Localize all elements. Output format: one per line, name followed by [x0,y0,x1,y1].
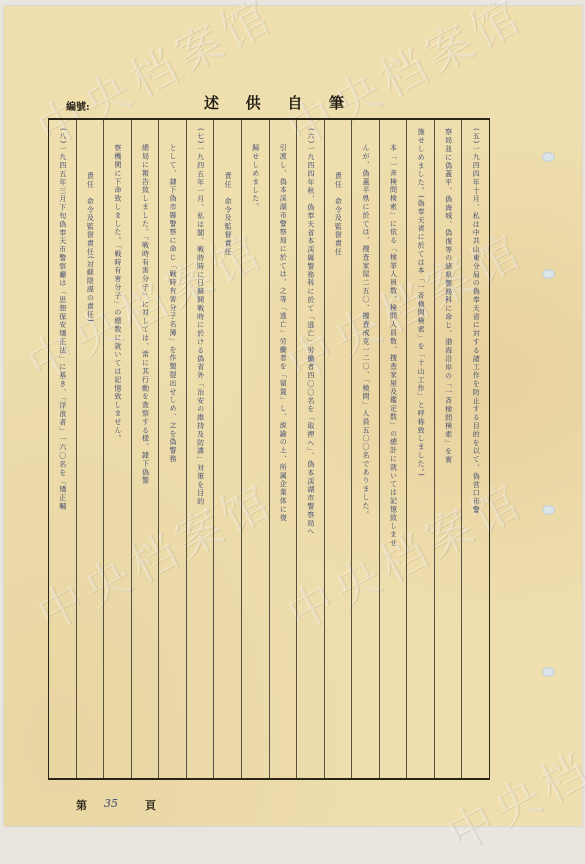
column: 施せしめました。(偽奉天省に於ては本「一斉検問検索」を「十山工作」と呼称致しまし… [406,120,434,778]
column: 責任 命令及監督責任 [213,120,241,778]
title-char: 筆 [329,92,344,113]
column: 總局に報告致しました。「戦時有害分子」に対しては、常に其行動を査察する様、隷下偽… [131,120,159,778]
title-char: 自 [287,92,302,113]
column-text: (八)一九四五年三月下旬偽奉天市警察廳は「思想保安矯正法」に基き、「浮浪者」一六… [59,120,66,778]
column: (八)一九四五年三月下旬偽奉天市警察廳は「思想保安矯正法」に基き、「浮浪者」一六… [49,120,76,778]
column: 責任 命令及監督責任 [324,120,352,778]
title-char: 供 [246,92,261,113]
manuscript-grid: (五)一九四四年十月、私は中共山東分局の偽奉天省に対する諸工作を防止する目的を以… [48,118,490,780]
column: 本「一斉検問検索」に依る「検挙人員数、検問人員数、捜査家屋及鑑定数」の總計に就い… [379,120,407,778]
binding-hole [542,269,555,279]
title-char: 述 [204,92,219,113]
column-text: 察機関に下命致しました。「戦時有害分子」の總数に就いては記憶致しません。 [114,120,121,778]
page-title: 述 供 自 筆 [204,92,344,113]
responsibility-text: 責任 命令及監督責任 [334,120,341,778]
column-text: (七)一九四五年一月、私は閣、戦時時に日蘇開戦時に於ける偽省外「治安の維持及防諜… [197,120,204,778]
binding-hole [542,152,555,162]
page-number: 35 [104,797,118,810]
column: として、隷下偽市縣警察に命じ「戦時有害分子名簿」を作製提出せしめ、之を偽警務 [158,120,186,778]
page-suffix: 頁 [145,797,156,813]
column-text: 察局並に偽蓋平、偽海城、偽復等の諸県警務科に命じ、渤海沿岸の「一斉検問検索」を實 [445,120,452,778]
number-label: 編號: [66,98,90,113]
column-text: 本「一斉検問検索」に依る「検挙人員数、検問人員数、捜査家屋及鑑定数」の總計に就い… [390,120,397,778]
column: (六)一九四四年秋、偽奉天省本渓縣警務科に於て「逃亡」労働者四〇〇名を「取押へ」… [296,120,324,778]
column: 引渡し、偽本渓湖市警察局に於ては、之等「逃亡」労働者を「留置」し、説諭の上、所属… [269,120,297,778]
page-prefix: 第 [76,797,87,813]
column: 察局並に偽蓋平、偽海城、偽復等の諸県警務科に命じ、渤海沿岸の「一斉検問検索」を實 [434,120,462,778]
binding-hole [542,667,555,677]
binding-hole [542,505,555,515]
column-text: (五)一九四四年十月、私は中共山東分局の偽奉天省に対する諸工作を防止する目的を以… [472,120,479,778]
column-text: 引渡し、偽本渓湖市警察局に於ては、之等「逃亡」労働者を「留置」し、説諭の上、所属… [279,120,286,778]
column-text: んが、偽蓋平県に於ては、捜査家屋二五〇、捜査戒克一二〇、「検問」人員五〇〇名であ… [362,120,369,778]
column: 察機関に下命致しました。「戦時有害分子」の總数に就いては記憶致しません。 [103,120,131,778]
column: (七)一九四五年一月、私は閣、戦時時に日蘇開戦時に於ける偽省外「治安の維持及防諜… [186,120,214,778]
column: 歸せしめました。 [241,120,269,778]
column-text: 歸せしめました。 [252,120,259,778]
responsibility-text: 責任 命令及監督責任(対蘇陰謀の責任) [86,120,93,778]
column-text: として、隷下偽市縣警察に命じ「戦時有害分子名簿」を作製提出せしめ、之を偽警務 [169,120,176,778]
column-text: 施せしめました。(偽奉天省に於ては本「一斉検問検索」を「十山工作」と呼称致しまし… [417,120,424,778]
column-text: 總局に報告致しました。「戦時有害分子」に対しては、常に其行動を査察する様、隷下偽… [141,120,148,778]
column: 責任 命令及監督責任(対蘇陰謀の責任) [76,120,104,778]
column-text: (六)一九四四年秋、偽奉天省本渓縣警務科に於て「逃亡」労働者四〇〇名を「取押へ」… [307,120,314,778]
responsibility-text: 責任 命令及監督責任 [224,120,231,778]
column: んが、偽蓋平県に於ては、捜査家屋二五〇、捜査戒克一二〇、「検問」人員五〇〇名であ… [351,120,379,778]
column: (五)一九四四年十月、私は中共山東分局の偽奉天省に対する諸工作を防止する目的を以… [461,120,489,778]
